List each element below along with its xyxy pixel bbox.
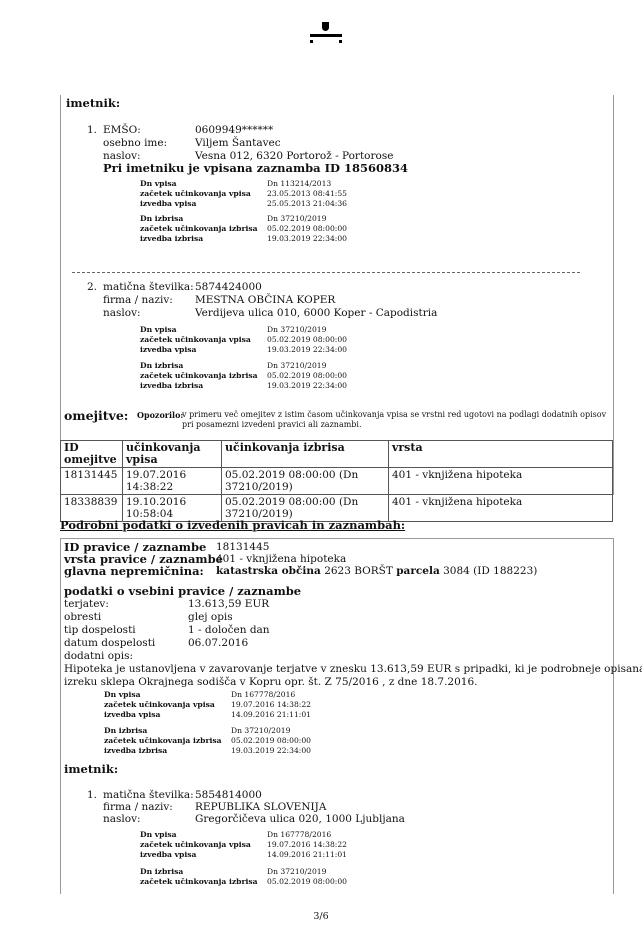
vpis-value: Dn 37210/2019	[267, 325, 326, 335]
vpis-label: izvedba vpisa	[140, 345, 196, 355]
nepremicnina-label: glavna nepremičnina:	[64, 565, 204, 578]
izbris-label: začetek učinkovanja izbrisa	[140, 224, 258, 234]
page-number: 3/6	[0, 910, 642, 923]
coat-of-arms-icon	[310, 22, 342, 48]
izbris-value: 19.03.2019 22:34:00	[267, 381, 347, 391]
izbris-value: 05.02.2019 08:00:00	[231, 736, 311, 746]
vpis-label: Dn vpisa	[140, 830, 177, 840]
izbris-label: izvedba izbrisa	[140, 234, 203, 244]
field-value: 5874424000	[195, 281, 262, 294]
column-header: učinkovanja vpisa	[123, 441, 222, 468]
field-label: firma / naziv:	[103, 294, 173, 307]
imetnik-title: imetnik:	[66, 97, 120, 110]
izbris-label: Dn izbrisa	[140, 214, 183, 224]
vpis-value: Dn 167778/2016	[267, 830, 331, 840]
izbris-label: Dn izbrisa	[140, 867, 183, 877]
vpis-value: 19.07.2016 14:38:22	[267, 840, 347, 850]
holder-number: 1.	[87, 124, 97, 137]
vsebina-label: obresti	[64, 611, 101, 624]
column-header: ID omejitve	[61, 441, 123, 468]
field-label: EMŠO:	[103, 124, 141, 137]
dashed-separator	[72, 272, 580, 273]
vpis-label: začetek učinkovanja vpisa	[140, 335, 251, 345]
izbris-value: 05.02.2019 08:00:00	[267, 224, 347, 234]
nepremicnina-value: katastrska občina 2623 BORŠT parcela 308…	[216, 565, 537, 578]
vpis-value: 14.09.2016 21:11:01	[231, 710, 311, 720]
cell-id: 18131445	[61, 468, 123, 495]
field-label: naslov:	[103, 813, 141, 826]
field-value: Viljem Šantavec	[195, 137, 281, 150]
field-value: Verdijeva ulica 010, 6000 Koper - Capodi…	[195, 307, 437, 320]
izbris-label: izvedba izbrisa	[140, 381, 203, 391]
vsebina-title: podatki o vsebini pravice / zaznambe	[64, 585, 301, 598]
field-value: Gregorčičeva ulica 020, 1000 Ljubljana	[195, 813, 405, 826]
warning-label: Opozorilo:	[137, 410, 183, 420]
holder-number: 1.	[87, 789, 97, 802]
vpis-value: 19.03.2019 22:34:00	[267, 345, 347, 355]
vpis-value: 25.05.2013 21:04:36	[267, 199, 347, 209]
vsebina-value: 13.613,59 EUR	[188, 598, 269, 611]
izbris-value: 19.03.2019 22:34:00	[231, 746, 311, 756]
izbris-value: Dn 37210/2019	[231, 726, 290, 736]
field-value: MESTNA OBČINA KOPER	[195, 294, 335, 307]
vpis-label: začetek učinkovanja vpisa	[140, 189, 251, 199]
cell-vpis: 19.07.2016 14:38:22	[123, 468, 222, 495]
section-heading: Podrobni podatki o izvedenih pravicah in…	[60, 519, 405, 532]
cell-vrsta: 401 - vknjižena hipoteka	[389, 495, 613, 522]
vsebina-value: 1 - določen dan	[188, 624, 270, 637]
izbris-label: Dn izbrisa	[140, 361, 183, 371]
field-value: 0609949******	[195, 124, 273, 137]
izbris-label: Dn izbrisa	[104, 726, 147, 736]
izbris-label: izvedba izbrisa	[104, 746, 167, 756]
izbris-value: 05.02.2019 08:00:00	[267, 371, 347, 381]
vpis-value: Dn 113214/2013	[267, 179, 331, 189]
opis-text: izreku sklepa Okrajnega sodišča v Kopru …	[64, 676, 478, 689]
vsebina-label: tip dospelosti	[64, 624, 136, 637]
izbris-value: Dn 37210/2019	[267, 361, 326, 371]
izbris-value: Dn 37210/2019	[267, 867, 326, 877]
vpis-value: 14.09.2016 21:11:01	[267, 850, 347, 860]
warning-text: v primeru več omejitev z istim časom uči…	[182, 410, 606, 420]
holder-number: 2.	[87, 281, 97, 294]
holder-note: Pri imetniku je vpisana zaznamba ID 1856…	[103, 162, 408, 175]
izbris-label: začetek učinkovanja izbrisa	[140, 371, 258, 381]
vsebina-label: terjatev:	[64, 598, 109, 611]
vpis-label: izvedba vpisa	[140, 850, 196, 860]
izbris-value: 05.02.2019 08:00:00	[267, 877, 347, 887]
vpis-label: izvedba vpisa	[140, 199, 196, 209]
vsebina-value: 06.07.2016	[188, 637, 248, 650]
vpis-label: Dn vpisa	[140, 179, 177, 189]
vpis-label: začetek učinkovanja vpisa	[104, 700, 215, 710]
cell-izbris: 05.02.2019 08:00:00 (Dn37210/2019)	[222, 468, 389, 495]
vpis-value: 23.05.2013 08:41:55	[267, 189, 347, 199]
cell-vrsta: 401 - vknjižena hipoteka	[389, 468, 613, 495]
vpis-value: 19.07.2016 14:38:22	[231, 700, 311, 710]
vpis-label: Dn vpisa	[140, 325, 177, 335]
vsebina-value: glej opis	[188, 611, 233, 624]
opis-text: Hipoteka je ustanovljena v zavarovanje t…	[64, 663, 642, 676]
vpis-value: Dn 167778/2016	[231, 690, 295, 700]
vpis-value: 05.02.2019 08:00:00	[267, 335, 347, 345]
omejitve-title: omejitve:	[64, 409, 128, 422]
imetnik-title: imetnik:	[64, 763, 118, 776]
table-row: 18131445 19.07.2016 14:38:22 05.02.2019 …	[61, 468, 613, 495]
column-header: učinkovanja izbrisa	[222, 441, 389, 468]
warning-text: pri posamezni izvedeni pravici ali zazna…	[182, 420, 362, 430]
vpis-label: Dn vpisa	[104, 690, 141, 700]
field-label: osebno ime:	[103, 137, 167, 150]
table-header-row: ID omejitve učinkovanja vpisa učinkovanj…	[61, 441, 613, 468]
field-label: matična številka:	[103, 281, 194, 294]
izbris-value: Dn 37210/2019	[267, 214, 326, 224]
izbris-label: začetek učinkovanja izbrisa	[104, 736, 222, 746]
izbris-value: 19.03.2019 22:34:00	[267, 234, 347, 244]
izbris-label: začetek učinkovanja izbrisa	[140, 877, 258, 887]
opis-label: dodatni opis:	[64, 650, 133, 663]
field-label: naslov:	[103, 307, 141, 320]
vpis-label: začetek učinkovanja vpisa	[140, 840, 251, 850]
vsebina-label: datum dospelosti	[64, 637, 155, 650]
column-header: vrsta	[389, 441, 613, 468]
omejitve-table: ID omejitve učinkovanja vpisa učinkovanj…	[60, 440, 613, 522]
vpis-label: izvedba vpisa	[104, 710, 160, 720]
